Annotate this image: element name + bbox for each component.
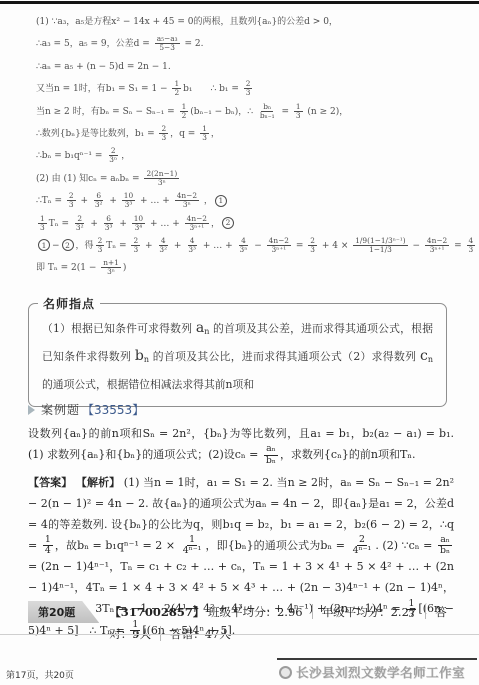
solution-line: ∴aₙ = a₅ + (n − 5)d = 2n − 1. xyxy=(36,56,461,78)
fraction: 2(2n−1)3ⁿ xyxy=(144,170,179,187)
page-footer: 第17页，共20页 长沙县刘烈文数学名师工作室 xyxy=(0,655,479,685)
fraction: 13 xyxy=(200,125,209,142)
fraction: aₙbₙ xyxy=(264,444,278,465)
fraction: 23ⁿ xyxy=(107,147,119,164)
fraction: 14 xyxy=(43,535,53,556)
example-id: 【33553】 xyxy=(82,401,144,418)
fraction: 23 xyxy=(244,80,253,97)
emphasis-text: 【解析】 xyxy=(76,476,120,489)
fraction: n+13ⁿ xyxy=(101,259,121,276)
fraction: 12 xyxy=(172,80,181,97)
document-page: (1) ∵a₃，a₅是方程x² − 14x + 45 = 0的两根，且数列{aₙ… xyxy=(0,0,479,685)
fraction: 23 xyxy=(131,237,140,254)
fraction: 23 xyxy=(67,192,76,209)
emphasis-text: 【317002857】 xyxy=(109,605,204,619)
studio-name: 长沙县刘烈文数学名师工作室 xyxy=(296,663,465,681)
play-triangle-icon xyxy=(28,405,35,415)
fraction: 63² xyxy=(93,192,105,209)
sequence-variable: bn xyxy=(135,350,149,363)
solution-line: 即 Tₙ = 2(1 − n+13ⁿ) xyxy=(36,257,461,279)
example-header: 案例题 【33553】 xyxy=(28,401,454,418)
fraction: 103³ xyxy=(122,192,135,209)
solution-block: (1) ∵a₃，a₅是方程x² − 14x + 45 = 0的两根，且数列{aₙ… xyxy=(36,11,461,280)
stat-separator xyxy=(425,604,426,619)
circled-number: 1 xyxy=(215,195,227,207)
fraction: 63³ xyxy=(103,215,115,232)
circled-number: 2 xyxy=(222,217,234,229)
fraction: 23 xyxy=(159,125,168,142)
example-label: 案例题 xyxy=(41,401,80,418)
fraction: 4n−23ⁿ⁺¹ xyxy=(267,237,291,254)
fraction: bₙbₙ₋₁ xyxy=(258,103,277,120)
fraction: 23² xyxy=(74,215,86,232)
fraction: 1/9(1−1/3ⁿ⁻¹)1−1/3 xyxy=(353,237,407,254)
page-top-border xyxy=(0,1,479,4)
circled-number: 1 xyxy=(38,239,50,251)
fraction: 43 xyxy=(467,237,476,254)
fraction: 43ⁿ xyxy=(238,237,250,254)
fraction: 4n−23ⁿ⁺¹ xyxy=(425,237,449,254)
solution-line: (1) ∵a₃，a₅是方程x² − 14x + 45 = 0的两根，且数列{aₙ… xyxy=(36,11,461,33)
sequence-variable: an xyxy=(196,322,210,335)
fraction: 4n−23ⁿ xyxy=(175,192,199,209)
solution-line: 又当n = 1时，有b₁ = S₁ = 1 − 12b₁ ∴ b₁ = 23 xyxy=(36,78,461,100)
fraction: 43³ xyxy=(186,237,198,254)
solution-line: ∴a₃ = 5，a₅ = 9，公差d = a₅−a₃5−3 = 2. xyxy=(36,33,461,55)
studio-watermark: 长沙县刘烈文数学名师工作室 xyxy=(277,658,477,681)
question-number-badge: 第20题 xyxy=(28,601,99,623)
fraction: 4n−23ⁿ⁺¹ xyxy=(185,215,209,232)
tip-box-body: （1）根据已知条件可求得数列 an 的首项及其公差，进而求得其通项公式，根据已知… xyxy=(29,304,446,406)
emphasis-text: 【答案】 xyxy=(28,476,72,489)
solution-line: ∴数列{bₙ}是等比数列，b₁ = 23，q = 13， xyxy=(36,123,461,145)
circled-number: 2 xyxy=(62,239,74,251)
fraction: 13 xyxy=(294,103,303,120)
fraction: 43² xyxy=(157,237,169,254)
solution-line: 13Tₙ = 23² + 63³ + 103⁴ + … + 4n−23ⁿ⁺¹，2 xyxy=(36,213,461,235)
question-stats-bar: 第20题 【317002857】 班级平均分：2.96年级平均分：2.27答对：… xyxy=(28,601,457,645)
fraction: 12 xyxy=(180,103,189,120)
solution-line: ∴Tₙ = 23 + 63² + 103³ + … + 4n−23ⁿ ，1 xyxy=(36,190,461,212)
stats-line: 【317002857】 班级平均分：2.96年级平均分：2.27答对：9人答错：… xyxy=(109,601,457,645)
stat-separator xyxy=(312,604,313,619)
fraction: 13 xyxy=(38,215,47,232)
fraction: aₙbₙ xyxy=(438,535,452,556)
studio-logo-icon xyxy=(279,666,292,679)
page-number: 第17页，共20页 xyxy=(6,668,74,681)
fraction: 23 xyxy=(308,237,317,254)
fraction: 24ⁿ⁻¹ xyxy=(351,535,374,556)
fraction: 23 xyxy=(96,237,105,254)
fraction: a₅−a₃5−3 xyxy=(155,35,180,52)
tip-box-title: 名师指点 xyxy=(38,295,100,312)
fraction: 103⁴ xyxy=(132,215,145,232)
content-divider xyxy=(0,634,479,635)
solution-line: 1−2，得23Tₙ = 23 + 43² + 43³ + … + 43ⁿ − 4… xyxy=(36,235,461,257)
solution-line: ∴bₙ = b₁qⁿ⁻¹ = 23ⁿ， xyxy=(36,145,461,167)
fraction: 14ⁿ⁻¹ xyxy=(181,535,204,556)
problem-text: 设数列{aₙ}的前n项和Sₙ = 2n²，{bₙ}为等比数列，且a₁ = b₁，… xyxy=(28,423,454,466)
teacher-tip-box: 名师指点 （1）根据已知条件可求得数列 an 的首项及其公差，进而求得其通项公式… xyxy=(28,303,447,407)
sequence-variable: cn xyxy=(420,350,433,363)
solution-line: 当n ≥ 2 时，有bₙ = Sₙ − Sₙ₋₁ = 12(bₙ₋₁ − bₙ)… xyxy=(36,101,461,123)
solution-line: (2) 由 (1) 知cₙ = aₙbₙ = 2(2n−1)3ⁿ xyxy=(36,168,461,190)
